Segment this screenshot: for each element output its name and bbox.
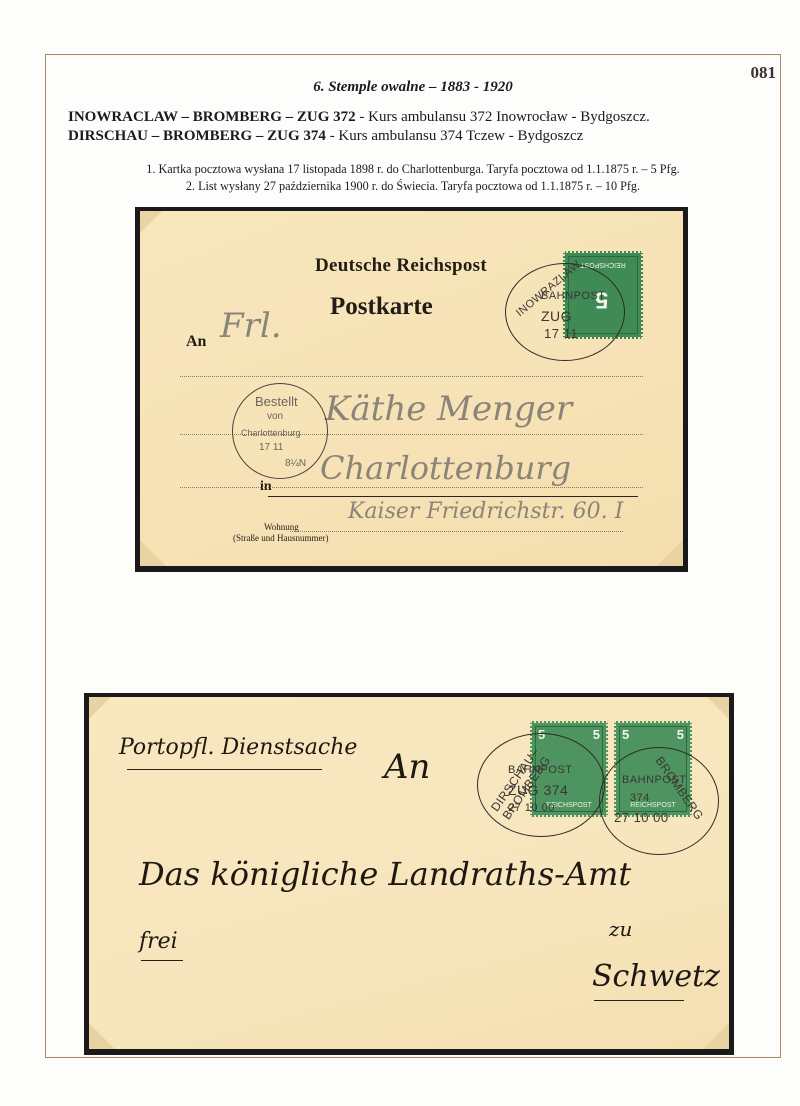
oval-cancel-inowrazlaw: INOWRAZLAW BAHNPOST ZUG 17 11 xyxy=(505,263,625,361)
page-title: 6. Stemple owalne – 1883 - 1920 xyxy=(46,79,780,96)
underline xyxy=(594,1000,684,1001)
stamp-value: 5 xyxy=(593,727,600,742)
underline xyxy=(127,769,322,770)
mount-corner xyxy=(89,697,111,719)
postcard-heading: Deutsche Reichspost xyxy=(315,255,487,277)
handwriting-frei: frei xyxy=(139,929,178,954)
cancel-text: ZUG 374 xyxy=(508,782,568,798)
cancel-text: 374 xyxy=(630,792,650,804)
route-line-2: DIRSCHAU – BROMBERG – ZUG 374 - Kurs amb… xyxy=(68,128,583,145)
cancel-text: von xyxy=(267,411,283,422)
handwriting-line-1: Frl. xyxy=(220,306,282,346)
postcard-subheading: Postkarte xyxy=(330,293,433,321)
handwriting-address: Das königliche Landraths-Amt xyxy=(139,855,631,893)
route-1-name: INOWRACLAW – BROMBERG – ZUG 372 xyxy=(68,109,356,125)
handwriting-an: An xyxy=(384,747,430,787)
handwriting-portopfl: Portopfl. Dienstsache xyxy=(119,735,357,760)
cancel-text: BAHNPOST xyxy=(622,774,687,786)
mount-corner xyxy=(140,540,166,566)
cancel-text: 27 10 00 xyxy=(508,802,555,814)
postcard-mount: Deutsche Reichspost Postkarte An in Wohn… xyxy=(135,207,688,572)
mount-corner xyxy=(140,211,162,233)
oval-cancel-dirschau: DIRSCHAU–BROMBERG BAHNPOST ZUG 374 27 10… xyxy=(477,733,605,837)
cancel-text: 17 11 xyxy=(544,326,578,341)
underline xyxy=(141,960,183,961)
address-line xyxy=(180,376,643,377)
handwriting-zu: zu xyxy=(609,917,632,941)
cancel-text: Bestellt xyxy=(255,394,298,409)
cancel-text: Charlottenburg xyxy=(241,428,301,438)
postcard-an-label: An xyxy=(186,333,206,351)
stamp-value: 5 xyxy=(677,727,684,742)
cancel-text: BAHNPOST xyxy=(508,764,573,776)
handwriting-line-3: Charlottenburg xyxy=(320,449,571,487)
handwriting-line-2: Käthe Menger xyxy=(325,389,572,429)
envelope-mount: Portopfl. Dienstsache An Das königliche … xyxy=(84,693,734,1055)
address-underline xyxy=(268,496,638,497)
stamp-value: 5 xyxy=(622,727,629,742)
cancel-text: BAHNPOST xyxy=(541,290,606,302)
cancel-text: ZUG xyxy=(541,308,572,324)
cancel-text: 8¼N xyxy=(285,458,306,469)
cancel-text: 17 11 xyxy=(259,442,283,453)
route-2-name: DIRSCHAU – BROMBERG – ZUG 374 xyxy=(68,128,326,144)
route-line-1: INOWRACLAW – BROMBERG – ZUG 372 - Kurs a… xyxy=(68,109,650,126)
handwriting-line-4: Kaiser Friedrichstr. 60. I xyxy=(348,499,623,524)
mount-corner xyxy=(89,1023,115,1049)
address-line xyxy=(290,531,623,532)
oval-cancel-bromberg: BROMBERG BAHNPOST 374 27 10 00 xyxy=(599,747,719,855)
route-1-desc: - Kurs ambulansu 372 Inowrocław - Bydgos… xyxy=(356,109,650,125)
note-1: 1. Kartka pocztowa wysłana 17 listopada … xyxy=(46,162,780,177)
cancel-text: 27 10 00 xyxy=(614,810,669,825)
postcard: Deutsche Reichspost Postkarte An in Wohn… xyxy=(140,211,683,566)
postcard-wohnung-sub: (Straße und Hausnummer) xyxy=(233,533,328,543)
envelope: Portopfl. Dienstsache An Das königliche … xyxy=(89,697,729,1049)
address-line xyxy=(180,487,643,488)
route-2-desc: - Kurs ambulansu 374 Tczew - Bydgoszcz xyxy=(326,128,583,144)
mount-corner xyxy=(657,540,683,566)
mount-corner xyxy=(703,1023,729,1049)
handwriting-city: Schwetz xyxy=(592,959,720,994)
note-2: 2. List wysłany 27 października 1900 r. … xyxy=(46,179,780,194)
arrival-cancel: Bestellt von Charlottenburg 17 11 8¼N xyxy=(232,383,328,479)
mount-corner xyxy=(707,697,729,719)
